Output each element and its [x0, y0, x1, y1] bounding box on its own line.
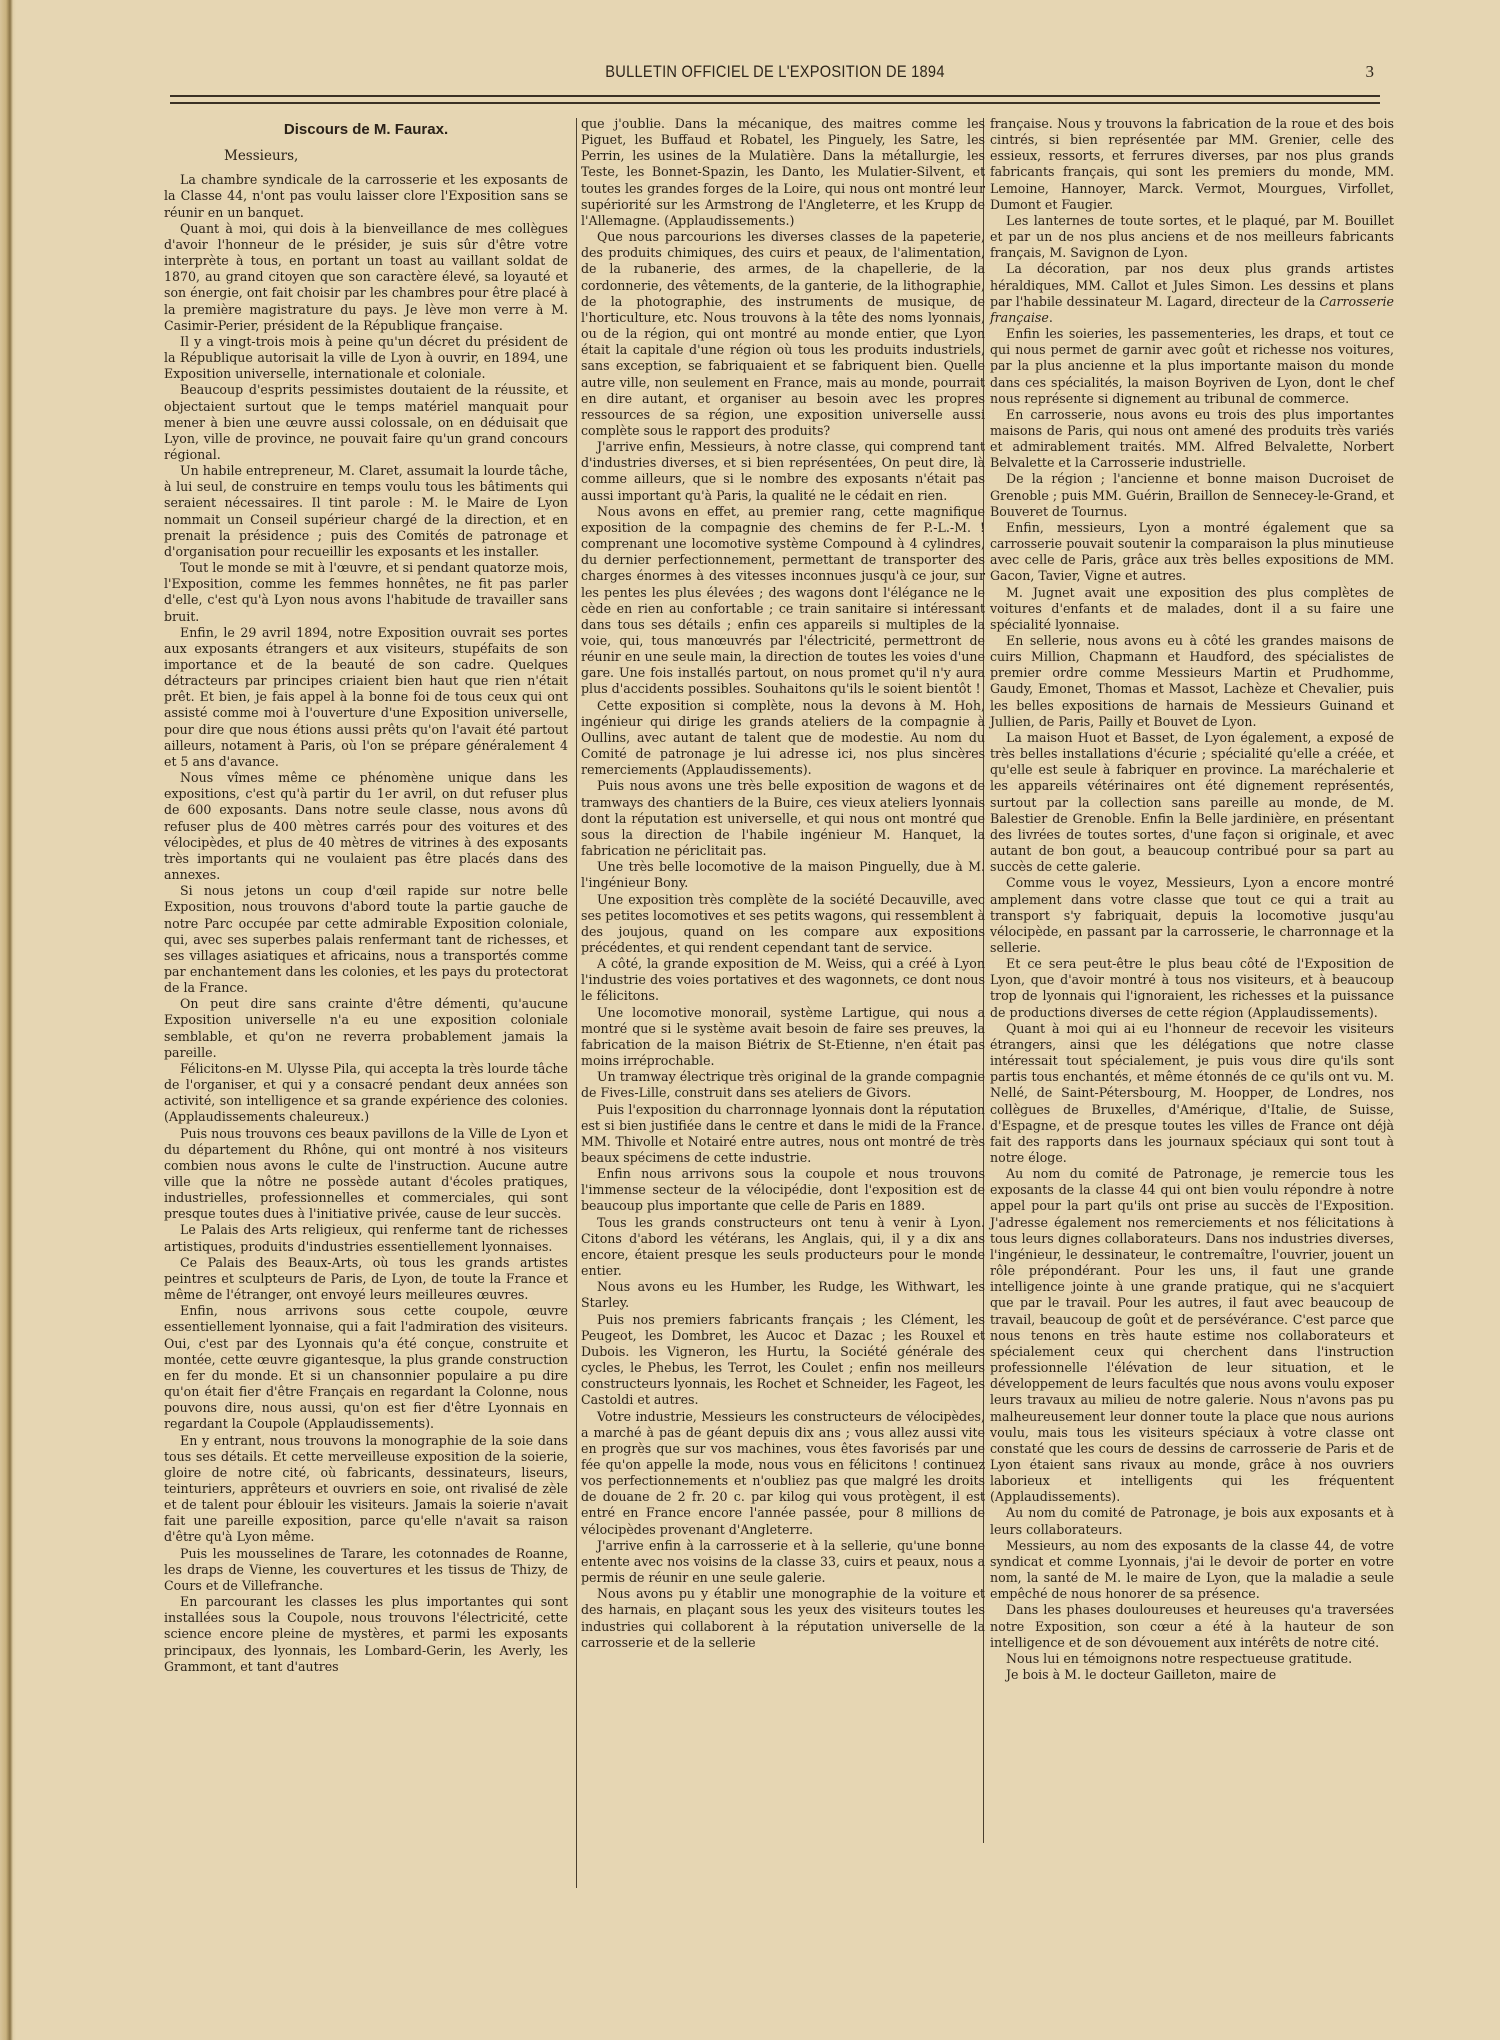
paragraph: Nous avons en effet, au premier rang, ce… — [581, 504, 985, 698]
paragraph: Votre industrie, Messieurs les construct… — [581, 1409, 985, 1538]
paragraph: Tous les grands constructeurs ont tenu à… — [581, 1215, 985, 1280]
paragraph: que j'oublie. Dans la mécanique, des mai… — [581, 116, 985, 229]
article-column-3: française. Nous y trouvons la fabricatio… — [990, 116, 1394, 1683]
paragraph: Au nom du comité de Patronage, je bois a… — [990, 1505, 1394, 1537]
page-binding-edge — [0, 0, 16, 2040]
paragraph: En y entrant, nous trouvons la monograph… — [164, 1433, 568, 1546]
salutation: Messieurs, — [164, 148, 568, 164]
paragraph: Cette exposition si complète, nous la de… — [581, 698, 985, 779]
paragraph: Que nous parcourions les diverses classe… — [581, 229, 985, 439]
paragraph: A côté, la grande exposition de M. Weiss… — [581, 956, 985, 1004]
paragraph: En carrosserie, nous avons eu trois des … — [990, 407, 1394, 472]
paragraph: Ce Palais des Beaux-Arts, où tous les gr… — [164, 1255, 568, 1303]
paragraph: Quant à moi qui ai eu l'honneur de recev… — [990, 1021, 1394, 1166]
paragraph: J'arrive enfin à la carrosserie et à la … — [581, 1538, 985, 1586]
paragraph: Nous avons pu y établir une monographie … — [581, 1586, 985, 1651]
paragraph: Il y a vingt-trois mois à peine qu'un dé… — [164, 334, 568, 382]
paragraph: Une locomotive monorail, système Lartigu… — [581, 1005, 985, 1070]
paragraph: Au nom du comité de Patronage, je remerc… — [990, 1166, 1394, 1505]
header-rule-bottom — [170, 102, 1380, 104]
paragraph: Je bois à M. le docteur Gailleton, maire… — [990, 1667, 1394, 1683]
paragraph-decoration: La décoration, par nos deux plus grands … — [990, 261, 1394, 326]
paragraph: Enfin, le 29 avril 1894, notre Expositio… — [164, 625, 568, 770]
column-divider — [576, 118, 577, 1888]
paragraph: La maison Huot et Basset, de Lyon égalem… — [990, 730, 1394, 875]
paragraph: Quant à moi, qui dois à la bienveillance… — [164, 221, 568, 334]
paragraph: Tout le monde se mit à l'œuvre, et si pe… — [164, 560, 568, 625]
paragraph: Beaucoup d'esprits pessimistes doutaient… — [164, 382, 568, 463]
paragraph: Enfin nous arrivons sous la coupole et n… — [581, 1166, 985, 1214]
paragraph: Nous avons eu les Humber, les Rudge, les… — [581, 1279, 985, 1311]
paragraph: Enfin les soieries, les passementeries, … — [990, 326, 1394, 407]
page-number: 3 — [1366, 62, 1375, 82]
publication-title: BULLETIN OFFICIEL DE L'EXPOSITION DE 189… — [255, 62, 1296, 82]
header-rule-top — [170, 95, 1380, 97]
paragraph: Messieurs, au nom des exposants de la cl… — [990, 1538, 1394, 1603]
paragraph: Un tramway électrique très original de l… — [581, 1069, 985, 1101]
paragraph: Les lanternes de toute sortes, et le pla… — [990, 213, 1394, 261]
article-title: Discours de M. Faurax. — [164, 122, 568, 138]
paragraph: Et ce sera peut-être le plus beau côté d… — [990, 956, 1394, 1021]
paragraph: Enfin, nous arrivons sous cette coupole,… — [164, 1303, 568, 1432]
paragraph: Dans les phases douloureuses et heureuse… — [990, 1602, 1394, 1650]
paragraph: La chambre syndicale de la carrosserie e… — [164, 172, 568, 220]
article-column-2: que j'oublie. Dans la mécanique, des mai… — [581, 116, 985, 1651]
paragraph: Puis les mousselines de Tarare, les coto… — [164, 1546, 568, 1594]
paragraph: Puis nous trouvons ces beaux pavillons d… — [164, 1126, 568, 1223]
paragraph: En parcourant les classes les plus impor… — [164, 1594, 568, 1675]
paragraph: Nous lui en témoignons notre respectueus… — [990, 1651, 1394, 1667]
page-header: BULLETIN OFFICIEL DE L'EXPOSITION DE 189… — [170, 62, 1380, 86]
paragraph: J'arrive enfin, Messieurs, à notre class… — [581, 439, 985, 504]
paragraph: On peut dire sans crainte d'être démenti… — [164, 996, 568, 1061]
paragraph: Enfin, messieurs, Lyon a montré égalemen… — [990, 520, 1394, 585]
paragraph: française. Nous y trouvons la fabricatio… — [990, 116, 1394, 213]
paragraph: Comme vous le voyez, Messieurs, Lyon a e… — [990, 875, 1394, 956]
paragraph: Puis nous avons une très belle expositio… — [581, 778, 985, 859]
paragraph: Une exposition très complète de la socié… — [581, 892, 985, 957]
paragraph-text: . — [1049, 310, 1053, 325]
article-column-1: Discours de M. Faurax. Messieurs, La cha… — [164, 116, 568, 1675]
paragraph: Une très belle locomotive de la maison P… — [581, 859, 985, 891]
paragraph: Puis l'exposition du charronnage lyonnai… — [581, 1102, 985, 1167]
paragraph: Le Palais des Arts religieux, qui renfer… — [164, 1222, 568, 1254]
paragraph: M. Jugnet avait une exposition des plus … — [990, 585, 1394, 633]
paragraph: Un habile entrepreneur, M. Claret, assum… — [164, 463, 568, 560]
paragraph: Si nous jetons un coup d'œil rapide sur … — [164, 883, 568, 996]
paragraph: Nous vîmes même ce phénomène unique dans… — [164, 770, 568, 883]
paragraph: En sellerie, nous avons eu à côté les gr… — [990, 633, 1394, 730]
paragraph: Puis nos premiers fabricants français ; … — [581, 1312, 985, 1409]
paragraph: De la région ; l'ancienne et bonne maiso… — [990, 471, 1394, 519]
paragraph: Félicitons-en M. Ulysse Pila, qui accept… — [164, 1061, 568, 1126]
